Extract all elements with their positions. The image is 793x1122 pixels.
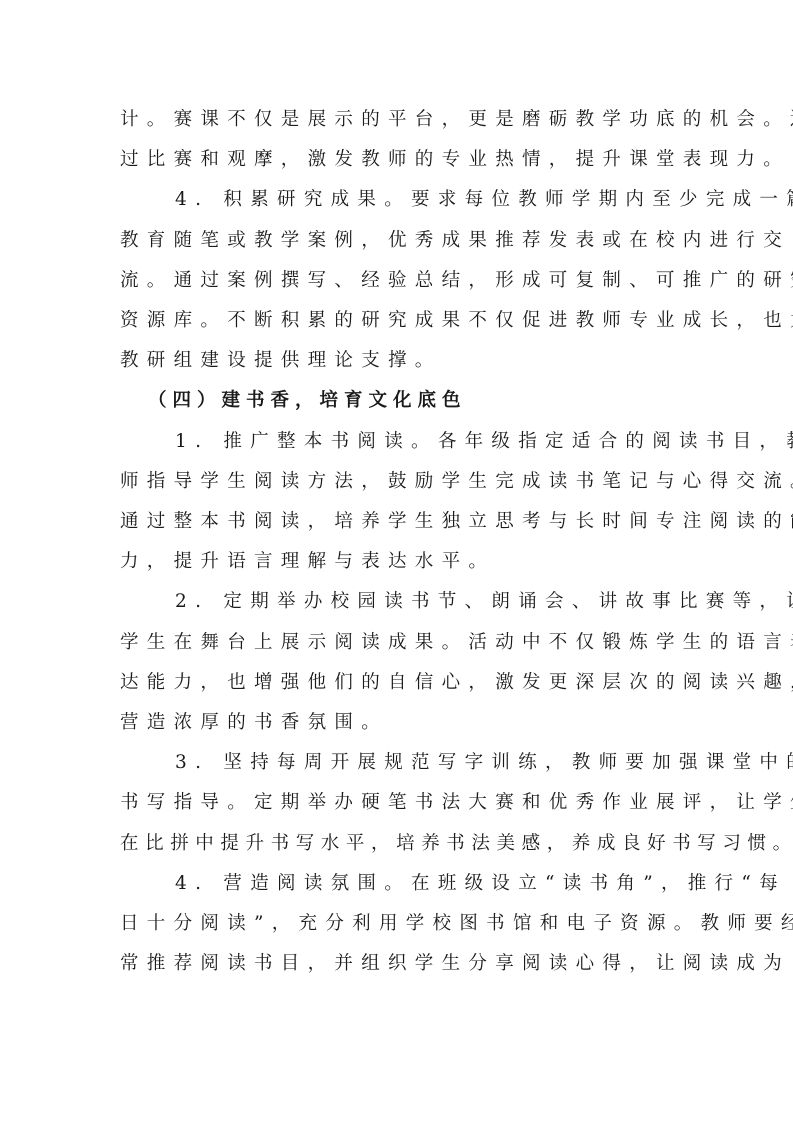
text-line: 过比赛和观摩，激发教师的专业热情，提升课堂表现力。 (120, 140, 676, 180)
text-line: 4. 营造阅读氛围。在班级设立“读书角”，推行“每 (120, 864, 676, 904)
paragraph-item-3-writing: 3. 坚持每周开展规范写字训练，教师要加强课堂中的 书写指导。定期举办硬笔书法大… (120, 743, 676, 864)
text-line: 教育随笔或教学案例，优秀成果推荐发表或在校内进行交 (120, 221, 676, 261)
text-line: 学生在舞台上展示阅读成果。活动中不仅锻炼学生的语言表 (120, 623, 676, 663)
text-line: 在比拼中提升书写水平，培养书法美感，养成良好书写习惯。 (120, 824, 676, 864)
section-heading: （四）建书香，培育文化底色 (120, 381, 676, 421)
text-line: 达能力，也增强他们的自信心，激发更深层次的阅读兴趣， (120, 663, 676, 703)
text-line: 日十分阅读”，充分利用学校图书馆和电子资源。教师要经 (120, 904, 676, 944)
text-line: 计。赛课不仅是展示的平台，更是磨砺教学功底的机会。通 (120, 100, 676, 140)
document-body: 计。赛课不仅是展示的平台，更是磨砺教学功底的机会。通 过比赛和观摩，激发教师的专… (120, 100, 676, 984)
text-line: 师指导学生阅读方法，鼓励学生完成读书笔记与心得交流。 (120, 462, 676, 502)
heading-text: （四）建书香，培育文化底色 (120, 381, 676, 421)
paragraph-continuation: 计。赛课不仅是展示的平台，更是磨砺教学功底的机会。通 过比赛和观摩，激发教师的专… (120, 100, 676, 180)
text-line: 营造浓厚的书香氛围。 (120, 703, 676, 743)
text-line: 教研组建设提供理论支撑。 (120, 341, 676, 381)
paragraph-item-4-research: 4. 积累研究成果。要求每位教师学期内至少完成一篇 教育随笔或教学案例，优秀成果… (120, 180, 676, 381)
text-line: 1. 推广整本书阅读。各年级指定适合的阅读书目，教 (120, 422, 676, 462)
text-line: 力，提升语言理解与表达水平。 (120, 542, 676, 582)
text-line: 常推荐阅读书目，并组织学生分享阅读心得，让阅读成为日 (120, 944, 676, 984)
text-line: 2. 定期举办校园读书节、朗诵会、讲故事比赛等，让 (120, 582, 676, 622)
paragraph-item-4-atmosphere: 4. 营造阅读氛围。在班级设立“读书角”，推行“每 日十分阅读”，充分利用学校图… (120, 864, 676, 985)
text-line: 资源库。不断积累的研究成果不仅促进教师专业成长，也为 (120, 301, 676, 341)
text-line: 书写指导。定期举办硬笔书法大赛和优秀作业展评，让学生 (120, 783, 676, 823)
document-page: 计。赛课不仅是展示的平台，更是磨砺教学功底的机会。通 过比赛和观摩，激发教师的专… (0, 0, 793, 1122)
text-line: 3. 坚持每周开展规范写字训练，教师要加强课堂中的 (120, 743, 676, 783)
text-line: 通过整本书阅读，培养学生独立思考与长时间专注阅读的能 (120, 502, 676, 542)
text-line: 流。通过案例撰写、经验总结，形成可复制、可推广的研究 (120, 261, 676, 301)
text-line: 4. 积累研究成果。要求每位教师学期内至少完成一篇 (120, 180, 676, 220)
paragraph-item-1-reading: 1. 推广整本书阅读。各年级指定适合的阅读书目，教 师指导学生阅读方法，鼓励学生… (120, 422, 676, 583)
paragraph-item-2-events: 2. 定期举办校园读书节、朗诵会、讲故事比赛等，让 学生在舞台上展示阅读成果。活… (120, 582, 676, 743)
